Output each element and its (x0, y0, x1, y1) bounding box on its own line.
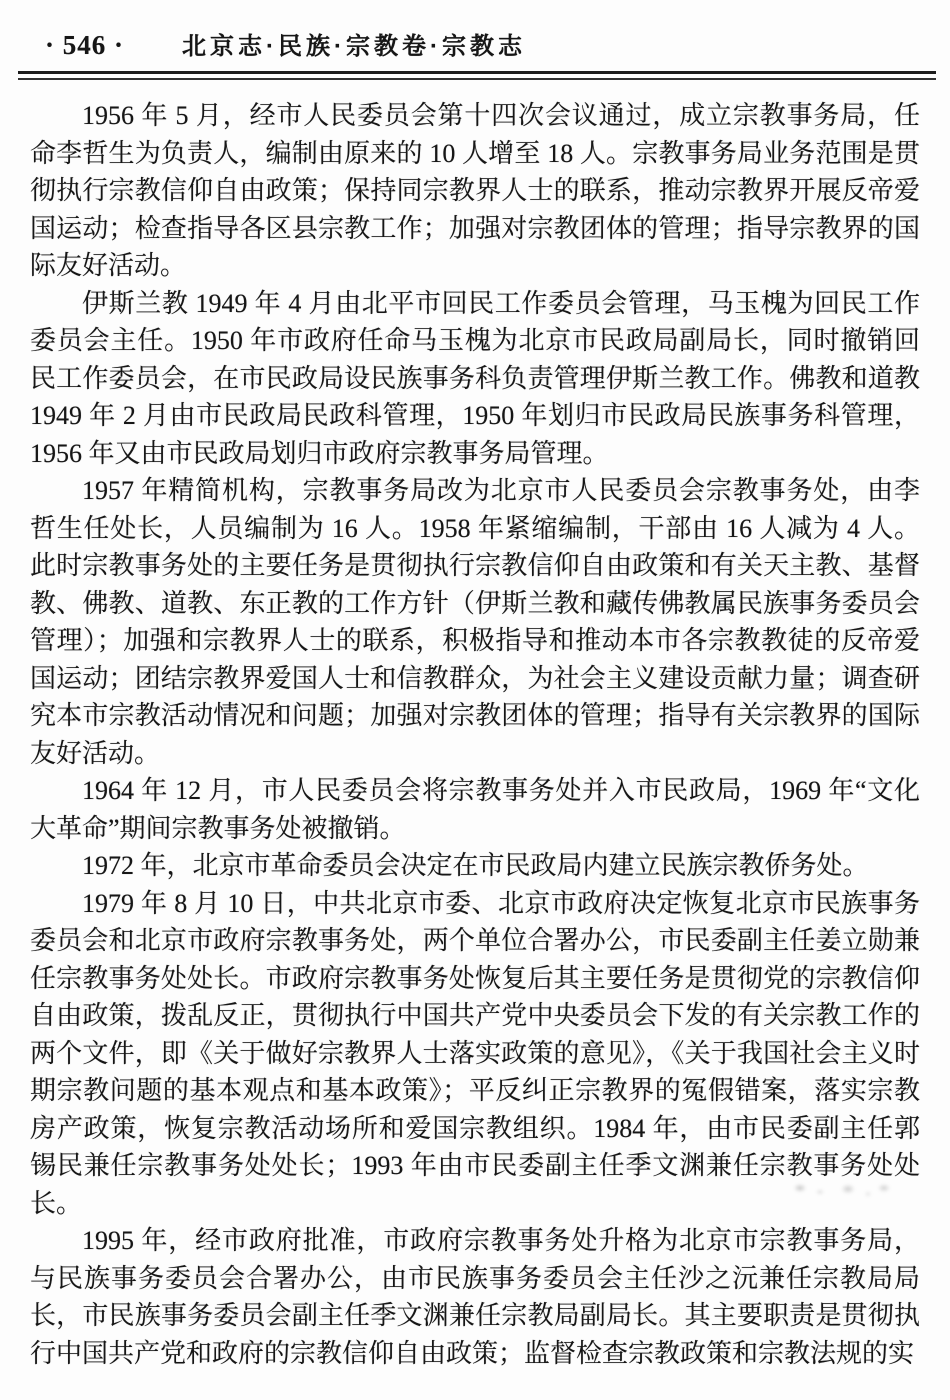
paragraph: 1956 年 5 月，经市人民委员会第十四次会议通过，成立宗教事务局，任命李哲生… (30, 97, 920, 285)
page-number: · 546 · (45, 30, 124, 61)
scanned-page: · 546 · 北京志·民族·宗教卷·宗教志 1956 年 5 月，经市人民委员… (0, 0, 950, 1400)
paragraph: 1972 年，北京市革命委员会决定在市民政局内建立民族宗教侨务处。 (30, 847, 920, 885)
paragraph: 1957 年精简机构，宗教事务局改为北京市人民委员会宗教事务处，由李哲生任处长，… (30, 472, 920, 772)
paragraph: 1995 年，经市政府批准，市政府宗教事务处升格为北京市宗教事务局，与民族事务委… (30, 1222, 920, 1372)
paragraph: 1979 年 8 月 10 日，中共北京市委、北京市政府决定恢复北京市民族事务委… (30, 885, 920, 1223)
header-rule (18, 71, 936, 80)
paragraph: 伊斯兰教 1949 年 4 月由北平市回民工作委员会管理，马玉槐为回民工作委员会… (30, 285, 920, 473)
page-header: · 546 · 北京志·民族·宗教卷·宗教志 (45, 26, 920, 61)
bleed-through-mark (786, 1176, 904, 1202)
book-title: 北京志·民族·宗教卷·宗教志 (182, 26, 526, 61)
paragraph: 1964 年 12 月，市人民委员会将宗教事务处并入市民政局，1969 年“文化… (30, 772, 920, 847)
